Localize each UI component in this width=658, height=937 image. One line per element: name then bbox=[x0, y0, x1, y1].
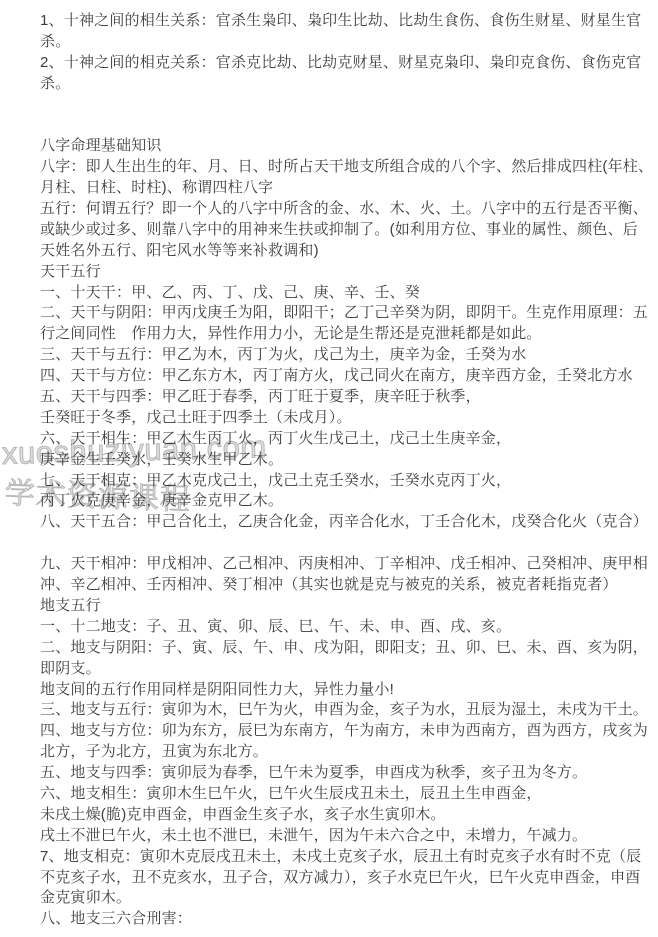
text-line: 八、天干五合：甲己合化土，乙庚合化金，丙辛合化水，丁壬合化木，戊癸合化火（克合） bbox=[40, 512, 622, 533]
text-line: 冲、辛乙相冲、壬丙相冲、癸丁相冲（其实也就是克与被克的关系，被克者耗指克者） bbox=[40, 575, 622, 596]
text-line: 五、天干与四季：甲乙旺于春季，丙丁旺于夏季，庚辛旺于秋季， bbox=[40, 387, 622, 408]
screenshot-root: { "page": { "background": "#ffffff", "te… bbox=[0, 0, 658, 937]
text-line: 六、天干相生：甲乙木生丙丁火，丙丁火生戊己土，戊己土生庚辛金， bbox=[40, 429, 622, 450]
text-line: 行之间同性 作用力大，异性作用力小，无论是生帮还是克泄耗都是如此。 bbox=[40, 324, 622, 345]
text-line: 或缺少或过多、则靠八字中的用神来生扶或抑制了。(如利用方位、事业的属性、颜色、后 bbox=[40, 220, 622, 241]
text-line: 杀。 bbox=[40, 32, 622, 53]
document-page: 1、十神之间的相生关系：官杀生枭印、枭印生比劫、比劫生食伤、食伤生财星、财星生官… bbox=[0, 0, 658, 937]
text-line: 八字：即人生出生的年、月、日、时所占天干地支所组合成的八个字、然后排成四柱(年柱… bbox=[40, 157, 622, 178]
text-line: 一、十二地支：子、丑、寅、卯、辰、巳、午、未、申、酉、戌、亥。 bbox=[40, 617, 622, 638]
text-line: 杀。 bbox=[40, 74, 622, 95]
text-line: 北方，子为北方，丑寅为东北方。 bbox=[40, 742, 622, 763]
text-line: 2、十神之间的相克关系：官杀克比劫、比劫克财星、财星克枭印、枭印克食伤、食伤克官 bbox=[40, 53, 622, 74]
blank-line bbox=[40, 115, 622, 136]
text-line: 即阴支。 bbox=[40, 659, 622, 680]
text-line: 八字命理基础知识 bbox=[40, 136, 622, 157]
text-line: 三、地支与五行：寅卯为木，巳午为火，申酉为金，亥子为水，丑辰为湿土，未戌为干土。 bbox=[40, 700, 622, 721]
text-line: 七、天干相克：甲乙木克戊己土，戊己土克壬癸水，壬癸水克丙丁火， bbox=[40, 471, 622, 492]
text-line: 庚辛金生壬癸水，壬癸水生甲乙木。 bbox=[40, 450, 622, 471]
text-line: 四、天干与方位：甲乙东方木，丙丁南方火，戊己同火在南方，庚辛西方金，壬癸北方水 bbox=[40, 366, 622, 387]
text-line: 二、地支与阴阳：子、寅、辰、午、申、戌为阳，即阳支；丑、卯、巳、未、酉、亥为阴， bbox=[40, 638, 622, 659]
blank-line bbox=[40, 95, 622, 116]
text-line: 不克亥子水，丑不克亥水，丑子合，双方减力），亥子水克巳午火，巳午火克申酉金，申酉 bbox=[40, 868, 622, 889]
text-line: 地支间的五行作用同样是阴阳同性力大，异性力量小! bbox=[40, 680, 622, 701]
blank-line bbox=[40, 533, 622, 554]
text-line: 7、地支相克：寅卯木克辰戌丑未土，未戌土克亥子水，辰丑土有时克亥子水有时不克（辰 bbox=[40, 847, 622, 868]
text-line: 壬癸旺于冬季，戊己土旺于四季土（未戌月）。 bbox=[40, 408, 622, 429]
text-line: 一、十天干：甲、乙、丙、丁、戊、己、庚、辛、壬、癸 bbox=[40, 283, 622, 304]
text-line: 地支五行 bbox=[40, 596, 622, 617]
text-body: 1、十神之间的相生关系：官杀生枭印、枭印生比劫、比劫生食伤、食伤生财星、财星生官… bbox=[40, 11, 622, 930]
text-line: 1、十神之间的相生关系：官杀生枭印、枭印生比劫、比劫生食伤、食伤生财星、财星生官 bbox=[40, 11, 622, 32]
text-line: 五、地支与四季：寅卯辰为春季，巳午未为夏季，申酉戌为秋季，亥子丑为冬方。 bbox=[40, 763, 622, 784]
text-line: 金克寅卯木。 bbox=[40, 888, 622, 909]
text-line: 天干五行 bbox=[40, 262, 622, 283]
text-line: 月柱、日柱、时柱)、称谓四柱八字 bbox=[40, 178, 622, 199]
text-line: 八、地支三六合刑害： bbox=[40, 909, 622, 930]
text-line: 六、地支相生：寅卯木生巳午火，巳午火生辰戌丑未土，辰丑土生申酉金， bbox=[40, 784, 622, 805]
text-line: 三、天干与五行：甲乙为木，丙丁为火，戊己为土，庚辛为金，壬癸为水 bbox=[40, 345, 622, 366]
text-line: 二、天干与阴阳：甲丙戊庚壬为阳，即阳干；乙丁己辛癸为阴，即阴干。生克作用原理：五 bbox=[40, 303, 622, 324]
text-line: 九、天干相冲：甲戊相冲、乙己相冲、丙庚相冲、丁辛相冲、戊壬相冲、己癸相冲、庚甲相 bbox=[40, 554, 622, 575]
text-line: 五行：何谓五行？即一个人的八字中所含的金、水、木、火、土。八字中的五行是否平衡、 bbox=[40, 199, 622, 220]
text-line: 丙丁火克庚辛金，庚辛金克甲乙木。 bbox=[40, 491, 622, 512]
text-line: 天姓名外五行、阳宅风水等等来补救调和) bbox=[40, 241, 622, 262]
text-line: 戌土不泄巳午火，未土也不泄巳，未泄午，因为午未六合之中，未增力，午减力。 bbox=[40, 826, 622, 847]
text-line: 未戌土燥(脆)克申酉金，申酉金生亥子水，亥子水生寅卯木。 bbox=[40, 805, 622, 826]
text-line: 四、地支与方位：卯为东方，辰巳为东南方，午为南方，未申为西南方，酉为西方，戌亥为 bbox=[40, 721, 622, 742]
